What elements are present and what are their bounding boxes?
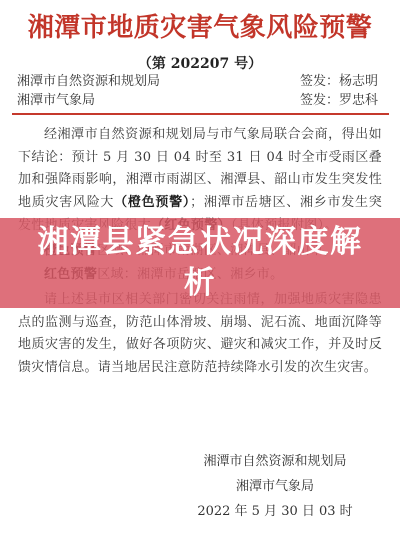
issuer-agency-2: 湘潭市气象局	[17, 92, 160, 111]
signer-name-2: 罗忠科	[339, 93, 378, 108]
issuer-agency-1: 湘潭市自然资源和规划局	[17, 73, 160, 92]
orange-warning-bold: （橙色预警）	[114, 195, 190, 210]
signature-agency-2: 湘潭市气象局	[185, 475, 365, 500]
signature-agency-1: 湘潭市自然资源和规划局	[185, 450, 365, 475]
issuer-header: 湘潭市自然资源和规划局 湘潭市气象局 签发：杨志明 签发：罗忠科	[17, 73, 378, 110]
banner-headline: 湘潭县紧急状况深度解析	[34, 222, 366, 304]
issuer-agencies: 湘潭市自然资源和规划局 湘潭市气象局	[17, 73, 160, 110]
issuer-signers: 签发：杨志明 签发：罗忠科	[300, 73, 378, 110]
signature-date: 2022 年 5 月 30 日 03 时	[185, 500, 365, 525]
signer-label-2: 签发：	[300, 93, 339, 108]
overlay-banner: 湘潭县紧急状况深度解析	[0, 218, 400, 308]
signer-name-1: 杨志明	[339, 74, 378, 89]
signature-block: 湘潭市自然资源和规划局 湘潭市气象局 2022 年 5 月 30 日 03 时	[185, 450, 365, 524]
document-number: （第 202207 号）	[0, 53, 400, 73]
signer-label-1: 签发：	[300, 74, 339, 89]
red-divider-line	[12, 113, 389, 115]
signer-line-2: 签发：罗忠科	[300, 92, 378, 111]
document-page: 湘潭市地质灾害气象风险预警 （第 202207 号） 湘潭市自然资源和规划局 湘…	[0, 0, 400, 535]
signer-line-1: 签发：杨志明	[300, 73, 378, 92]
document-title: 湘潭市地质灾害气象风险预警	[0, 7, 400, 44]
